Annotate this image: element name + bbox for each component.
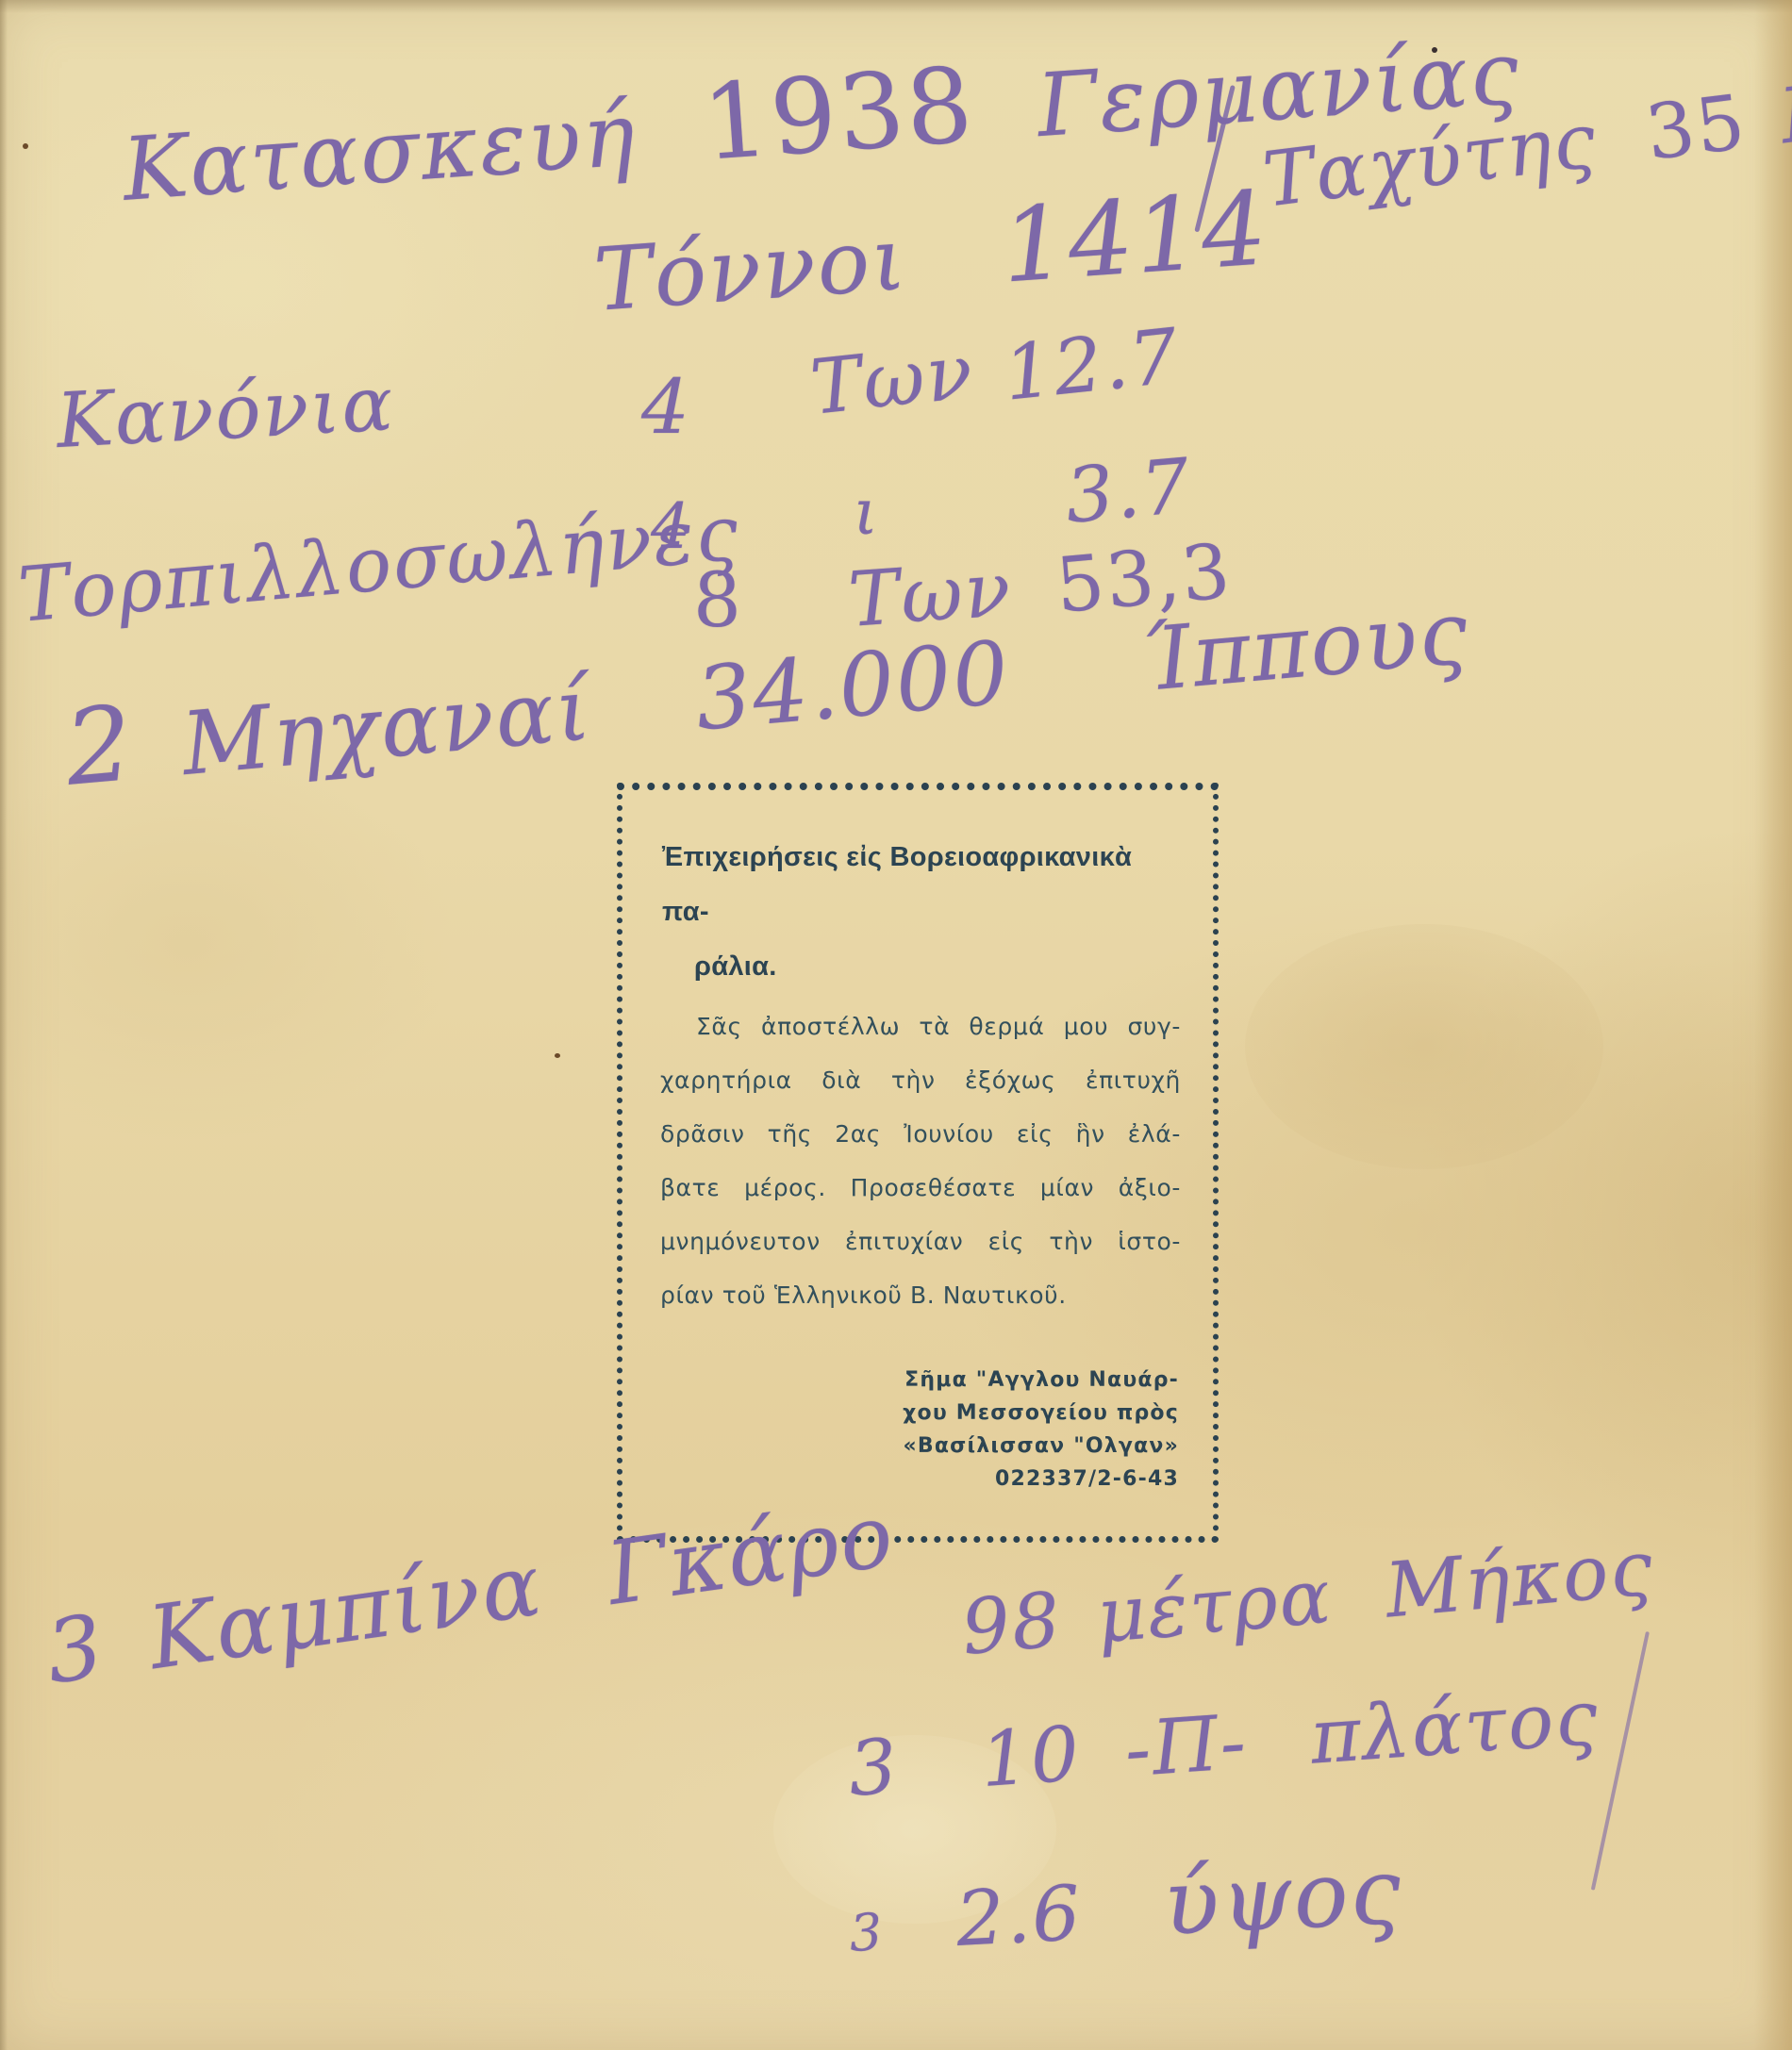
note-guns: Κανόνια [55,359,397,465]
note-engines-label: Μηχαναί [178,658,596,795]
clipping-body-line: βατε μέρος. Προσεθέσατε μίαν ἀξιο- [660,1161,1181,1215]
note-bottom-length-value: 98 μέτρα Μήκος [958,1524,1657,1672]
note-tonnage-label: Τόννοι [591,208,911,331]
clipping-title-line: Ἐπιχειρήσεις εἰς Βορειοαφρικανικὰ πα- [662,842,1132,927]
note-width-unit: -Π- [1122,1698,1251,1794]
note-width-prefix: 3 [846,1722,902,1812]
note-width-label: πλάτος [1307,1673,1601,1780]
clipping-title: Ἐπιχειρήσεις εἰς Βορειοαφρικανικὰ πα- ρά… [662,830,1171,994]
printed-clipping: Ἐπιχειρήσεις εἰς Βορειοαφρικανικὰ πα- ρά… [617,783,1219,1543]
note-width-value: 10 [978,1710,1084,1804]
note-height-label: ύψος [1161,1838,1405,1956]
note-guns-unit-a: Των [806,327,978,432]
clipping-signature: Σῆμα "Αγγλου Ναυάρ- χου Μεσσογείου πρὸς … [839,1364,1179,1496]
clipping-body-line: δρᾶσιν τῆς 2ας Ἰουνίου εἰς ἣν ἐλά- [660,1107,1181,1161]
note-construction-year: 1938 [699,44,978,184]
clipping-signature-line: Σῆμα "Αγγλου Ναυάρ- [839,1364,1179,1397]
note-engines-count: 2 [60,683,139,809]
stain [1245,924,1603,1169]
note-engines-value: 34.000 [691,622,1014,751]
document-page: Κατασκευή 1938 Γερμανίας Τόννοι 1414 Ταχ… [0,0,1792,2050]
clipping-body-line: μνημόνευτον ἐπιτυχίαν εἰς τὴν ἱστο- [660,1215,1181,1268]
paper-edge-right [1754,0,1792,2050]
note-tonnage-value: 1414 [998,170,1272,306]
note-bottom-prefix: 3 [41,1595,111,1703]
note-length-unit: μέτρα [1093,1552,1336,1660]
note-torpedo-label: Τορπιλλοσωλήνες [15,488,743,638]
note-guns-count-a: 4 [641,363,691,451]
note-bottom-length: 3 Καμπίνα Γκάρο [41,1484,901,1703]
clipping-body-line: χαρητήρια διὰ τὴν ἐξόχως ἐπιτυχῆ [660,1053,1181,1107]
note-bottom-label: Καμπίνα [142,1534,548,1689]
note-guns-label: Κανόνια [55,359,397,465]
note-length-label: Μήκος [1382,1524,1657,1635]
clipping-signature-line: 022337/2-6-43 [839,1463,1179,1496]
note-speed-value: 35 [1641,78,1751,177]
paper-edge-left [0,0,8,2050]
note-length-value: 98 [958,1576,1065,1672]
clipping-body: Σᾶς ἀποστέλλω τὰ θερμά μου συγ- χαρητήρι… [660,1000,1181,1322]
clipping-body-line: Σᾶς ἀποστέλλω τὰ θερμά μου συγ- [660,1000,1181,1053]
note-guns-calibre-b: 3.7 [1062,442,1195,540]
clipping-title-line: ράλια. [662,939,1171,994]
clipping-signature-line: χου Μεσσογείου πρὸς [839,1397,1179,1430]
note-engines-unit: Ίππους [1138,582,1473,711]
clipping-signature-line: «Βασίλισσαν "Ολγαν» [839,1430,1179,1463]
note-height-prefix: 3 [848,1902,886,1963]
paper-edge-top [0,0,1792,13]
note-bottom-width: 3 10 -Π- πλάτος [846,1673,1602,1812]
stain [555,1053,560,1058]
note-tonnage: Τόννοι 1414 [590,170,1272,335]
stain [23,143,28,149]
note-height-value: 2.6 [954,1869,1084,1963]
note-torpedo: Τορπιλλοσωλήνες [15,488,743,638]
note-guns-calibre-a: 12.7 [1000,312,1184,418]
note-construction-label: Κατασκευή [120,84,640,221]
clipping-body-line: ρίαν τοῦ Ἑλληνικοῦ Β. Ναυτικοῦ. [660,1268,1181,1322]
note-guns-unit-b: ι [854,476,880,549]
